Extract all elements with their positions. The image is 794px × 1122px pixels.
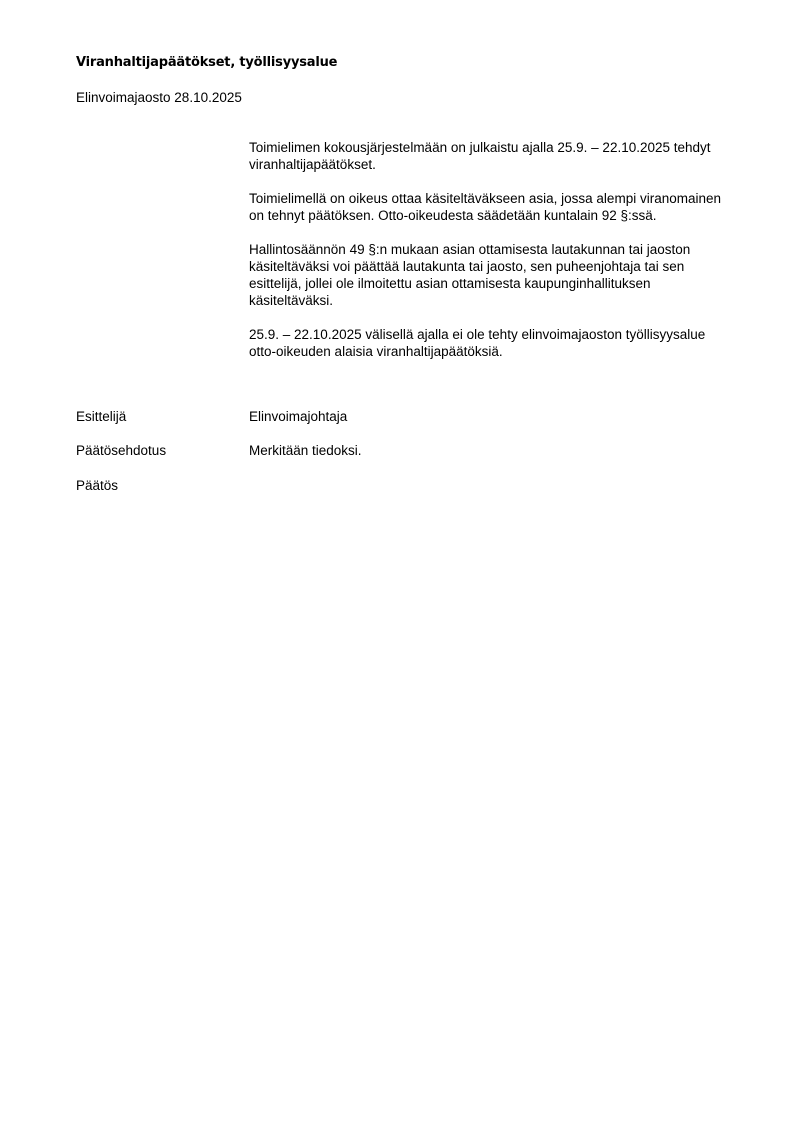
field-label: Esittelijä — [76, 409, 126, 424]
meeting-info: Elinvoimajaosto 28.10.2025 — [76, 90, 242, 105]
paragraph-publication: Toimielimen kokousjärjestelmään on julka… — [249, 139, 729, 173]
field-label: Päätösehdotus — [76, 443, 166, 458]
document-body: Toimielimen kokousjärjestelmään on julka… — [249, 139, 729, 377]
field-value: Elinvoimajohtaja — [249, 409, 347, 424]
paragraph-no-decisions: 25.9. – 22.10.2025 välisellä ajalla ei o… — [249, 326, 729, 360]
paragraph-administrative-rule: Hallintosäännön 49 §:n mukaan asian otta… — [249, 241, 729, 309]
document-title: Viranhaltijapäätökset, työllisyysalue — [76, 55, 337, 70]
paragraph-right-to-take: Toimielimellä on oikeus ottaa käsiteltäv… — [249, 190, 729, 224]
field-label: Päätös — [76, 478, 118, 493]
document-page: Viranhaltijapäätökset, työllisyysalue El… — [0, 0, 794, 1122]
field-value: Merkitään tiedoksi. — [249, 443, 362, 458]
